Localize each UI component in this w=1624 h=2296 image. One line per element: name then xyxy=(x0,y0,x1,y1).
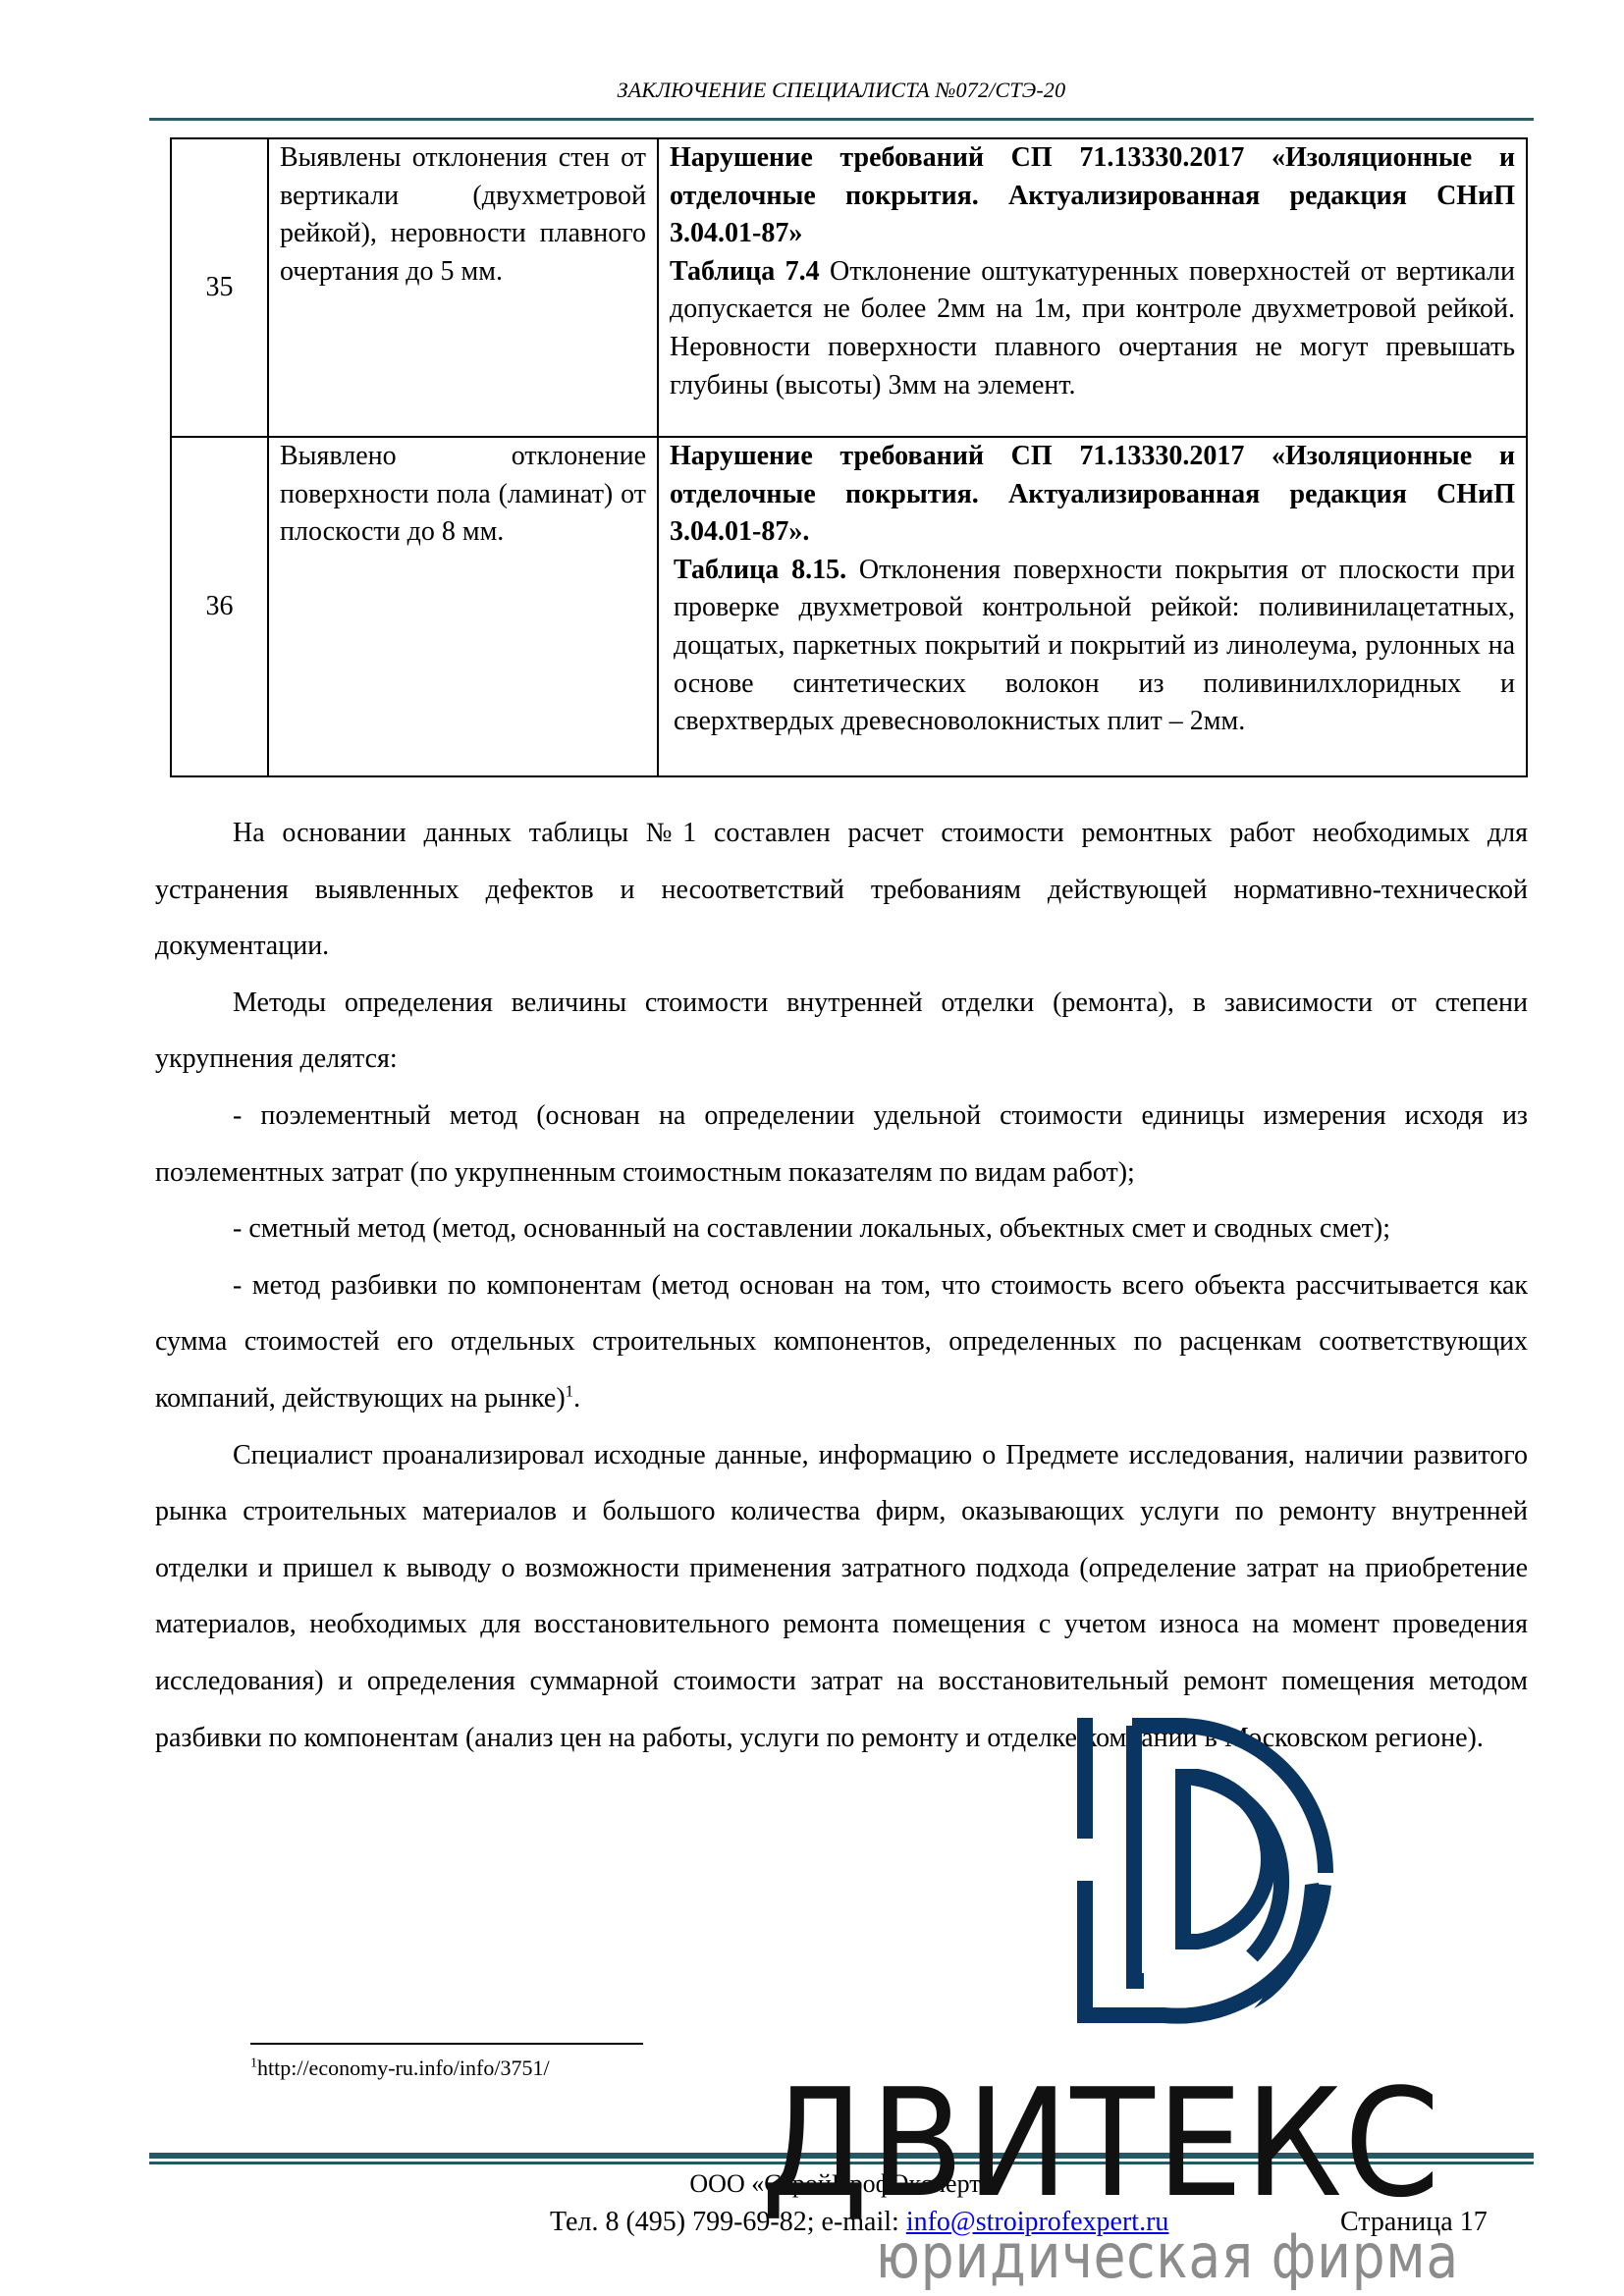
paragraph: - сметный метод (метод, основанный на со… xyxy=(155,1201,1528,1257)
paragraph-tail: . xyxy=(573,1383,580,1414)
norm-reference: Нарушение требований СП 71.13330.2017 «И… xyxy=(670,441,1515,547)
running-header: ЗАКЛЮЧЕНИЕ СПЕЦИАЛИСТА №072/СТЭ-20 xyxy=(147,78,1536,103)
body-text: На основании данных таблицы №1 составлен… xyxy=(155,805,1528,1766)
footnote-marker: 1 xyxy=(250,2056,257,2071)
paragraph: - метод разбивки по компонентам (метод о… xyxy=(155,1257,1528,1427)
paragraph-text: - метод разбивки по компонентам (метод о… xyxy=(155,1270,1528,1414)
row-number: 35 xyxy=(171,138,268,437)
watermark-tagline: юридическая фирма xyxy=(876,2226,1459,2287)
row-number: 36 xyxy=(171,437,268,776)
norm-violation: Нарушение требований СП 71.13330.2017 «И… xyxy=(658,437,1527,776)
paragraph: Методы определения величины стоимости вн… xyxy=(155,975,1528,1088)
table-row: 35 Выявлены отклонения стен от вертикали… xyxy=(171,138,1527,437)
defects-table: 35 Выявлены отклонения стен от вертикали… xyxy=(170,137,1528,777)
norm-table-block: Таблица 8.15. Отклонения поверхности пок… xyxy=(670,552,1515,741)
footnote-reference[interactable]: 1 xyxy=(566,1382,574,1401)
footnote-url[interactable]: http://economy-ru.info/info/3751/ xyxy=(257,2056,550,2080)
norm-violation: Нарушение требований СП 71.13330.2017 «И… xyxy=(658,138,1527,437)
defect-description: Выявлено отклонение поверхности пола (ла… xyxy=(268,437,658,776)
defect-description: Выявлены отклонения стен от вертикали (д… xyxy=(268,138,658,437)
watermark-brand: ДВИТЕКС xyxy=(761,2069,1441,2218)
paragraph: - поэлементный метод (основан на определ… xyxy=(155,1088,1528,1201)
dd-monogram-logo-icon xyxy=(1026,1716,1360,2030)
footnote: 1http://economy-ru.info/info/3751/ xyxy=(250,2056,550,2081)
norm-table-label: Таблица 7.4 xyxy=(670,256,820,287)
table-row: 36 Выявлено отклонение поверхности пола … xyxy=(171,437,1527,776)
header-rule xyxy=(149,118,1534,121)
paragraph: На основании данных таблицы №1 составлен… xyxy=(155,805,1528,975)
norm-table-label: Таблица 8.15. xyxy=(674,555,846,585)
norm-reference: Нарушение требований СП 71.13330.2017 «И… xyxy=(670,142,1515,248)
footnote-rule xyxy=(250,2043,643,2045)
